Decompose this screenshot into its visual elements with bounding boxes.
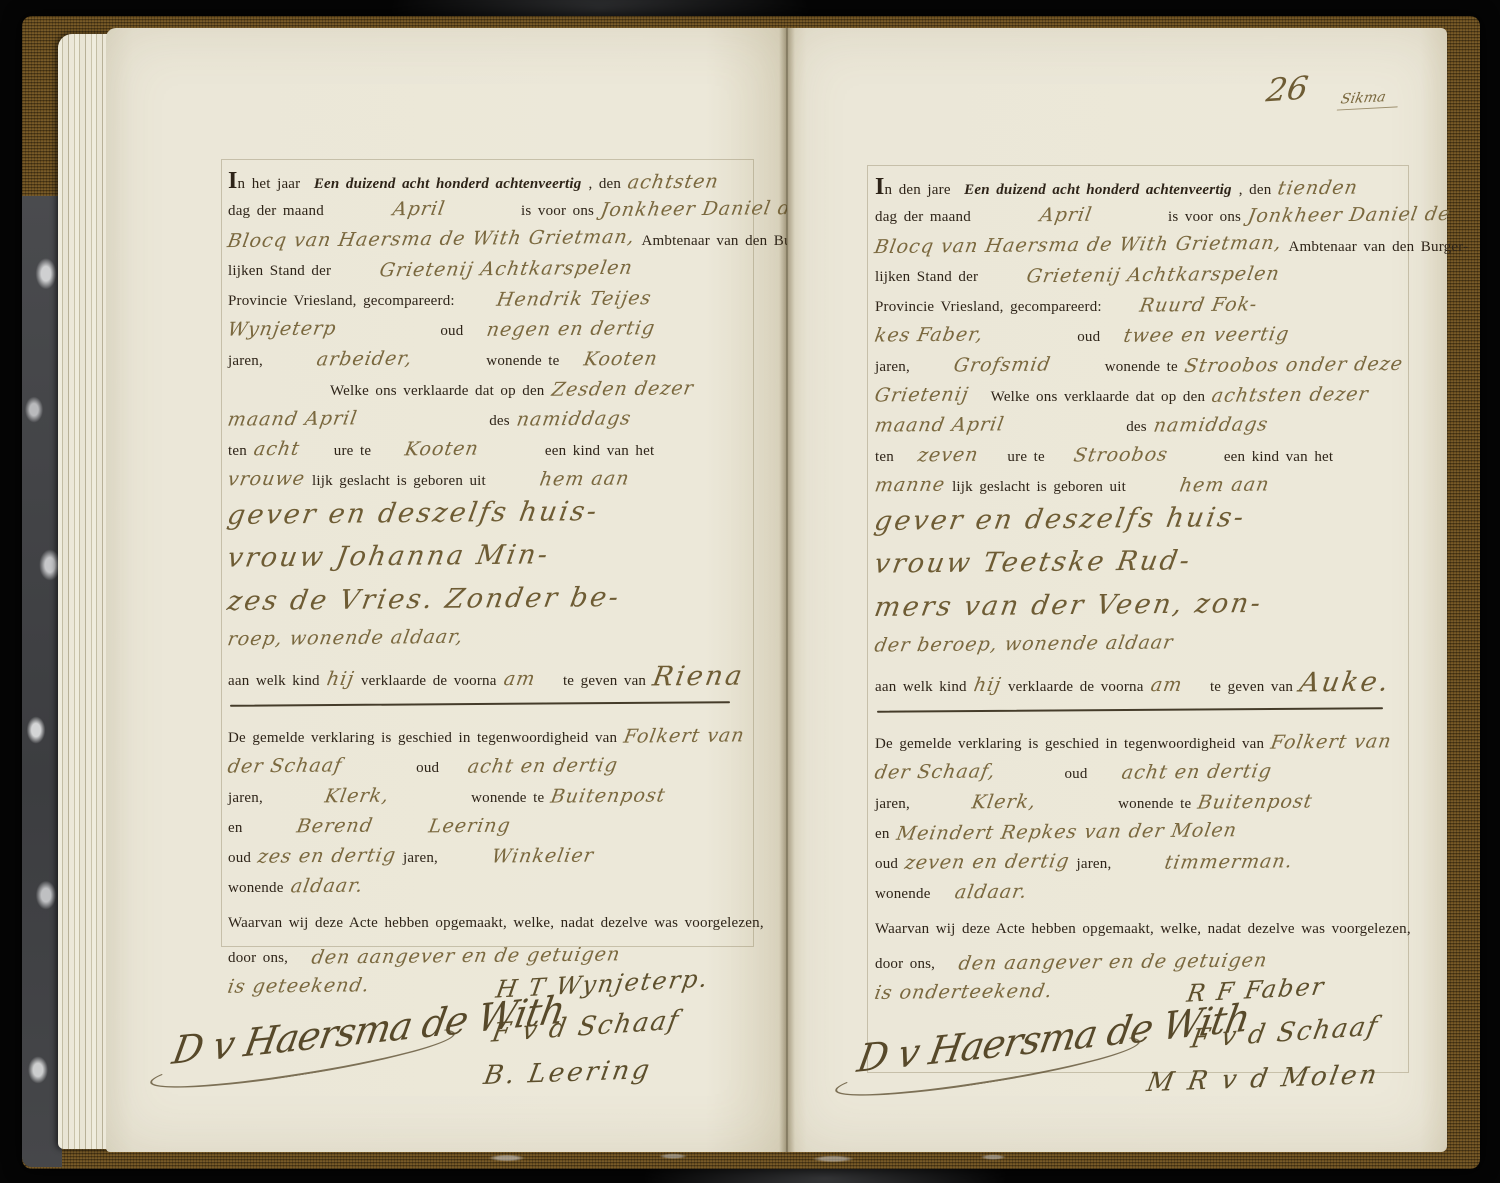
handwritten-text: der Schaaf,: [873, 760, 997, 783]
form-line: maand Aprildesnamiddags: [875, 414, 1397, 444]
printed-text: Welke ons verklaarde dat op den: [330, 383, 545, 400]
form-line: dag der maandAprilis voor onsJonkheer Da…: [228, 198, 743, 228]
handwritten-text: namiddags: [515, 407, 633, 430]
handwritten-text: gever en deszelfs huis-: [872, 502, 1248, 537]
handwritten-text: am: [502, 668, 537, 690]
printed-text: oud: [875, 856, 898, 873]
marbled-cover-edge: [22, 196, 62, 1167]
separator-rule: [877, 707, 1383, 713]
handwritten-text: Jonkheer Daniel de: [1246, 203, 1452, 227]
printed-text: een kind van het: [545, 443, 654, 460]
handwritten-text: Riena: [650, 661, 746, 693]
form-line: gever en deszelfs huis-: [875, 504, 1397, 547]
printed-text: jaren,: [1077, 856, 1112, 873]
handwritten-text: April: [1038, 204, 1094, 227]
form-line: vrouw Johanna Min-: [228, 541, 743, 584]
handwritten-text: Buitenpost: [1196, 790, 1314, 813]
handwritten-text: hij: [972, 674, 1003, 696]
handwritten-text: Hendrik Teijes: [495, 287, 653, 311]
handwritten-text: is geteekend.: [226, 974, 371, 997]
printed-text: te geven van: [1210, 679, 1293, 696]
printed-text: ten: [228, 443, 247, 460]
handwritten-text: Klerk,: [323, 785, 391, 808]
handwritten-text: Kooten: [582, 348, 659, 371]
page-stack-edges: [58, 34, 110, 1149]
form-line: Waarvan wij deze Acte hebben opgemaakt, …: [875, 921, 1397, 951]
printed-text: oud: [440, 323, 463, 340]
printed-text: door ons,: [228, 950, 288, 967]
handwritten-text: Leering: [427, 815, 512, 838]
handwritten-text: Klerk,: [970, 791, 1038, 814]
handwritten-text: aldaar.: [953, 881, 1029, 904]
handwritten-text: zeven: [916, 444, 980, 467]
handwritten-text: Auke.: [1297, 667, 1393, 699]
signature-witness-2: B. Leering: [481, 1055, 654, 1091]
handwritten-text: negen en dertig: [485, 317, 657, 341]
printed-text: Waarvan wij deze Acte hebben opgemaakt, …: [228, 915, 764, 932]
printed-text: door ons,: [875, 956, 935, 973]
printed-text: wonende te: [471, 790, 544, 807]
handwritten-text: Grietenij: [873, 384, 970, 407]
handwritten-text: Zesden dezer: [550, 377, 696, 400]
handwritten-text: der Schaaf: [226, 754, 344, 777]
form-line: Provincie Vriesland, gecompareerd:Hendri…: [228, 288, 743, 318]
form-line: lijken Stand derGrietenij Achtkarspelen: [875, 264, 1397, 294]
form-line: Provincie Vriesland, gecompareerd:Ruurd …: [875, 294, 1397, 324]
printed-text: is voor ons: [1168, 209, 1241, 226]
handwritten-text: zeven en dertig: [903, 850, 1071, 874]
handwritten-text: maand April: [226, 407, 359, 430]
form-line: Blocq van Haersma de With Grietman,Ambte…: [228, 228, 743, 258]
form-line: Blocq van Haersma de With Grietman,Ambte…: [875, 234, 1397, 264]
handwritten-text: vrouw Johanna Min-: [225, 539, 552, 573]
handwritten-text: maand April: [873, 413, 1006, 436]
form-line: der beroep, wonende aldaar: [875, 633, 1397, 667]
printed-text: lijk geslacht is geboren uit: [952, 479, 1126, 496]
handwritten-text: hij: [325, 668, 356, 690]
handwritten-text: Jonkheer Daniel de: [599, 197, 805, 221]
form-line: tenachture teKooteneen kind van het: [228, 438, 743, 468]
handwritten-text: April: [391, 198, 447, 221]
page-number: 26: [1264, 69, 1311, 110]
handwritten-text: achtsten dezer: [1210, 383, 1370, 407]
form-line: oudzeven en dertigjaren,timmerman.: [875, 851, 1397, 881]
handwritten-text: vrouwe: [226, 468, 307, 491]
printed-text: aan welk kind: [228, 673, 320, 690]
printed-text: ure te: [1007, 449, 1044, 466]
form-line: der Schaaf,oudacht en dertig: [875, 761, 1397, 791]
form-line: aan welk kindhijverklaarde de voornaamte…: [228, 661, 743, 695]
handwritten-text: Blocq van Haersma de With Grietman,: [873, 232, 1284, 258]
form-line: GrietenijWelke ons verklaarde dat op den…: [875, 384, 1397, 414]
separator-rule: [230, 701, 730, 706]
printed-text: des: [489, 413, 510, 430]
handwritten-text: twee en veertig: [1122, 323, 1291, 347]
printed-text: Een duizend acht honderd achtenveertig: [314, 176, 582, 193]
form-line: jaren,arbeider,wonende teKooten: [228, 348, 743, 378]
handwritten-text: Stroobos: [1072, 444, 1170, 467]
printed-text: wonende: [875, 886, 931, 903]
printed-text: en: [875, 826, 890, 843]
printed-text: oud: [1077, 329, 1100, 346]
form-line: enBerendLeering: [228, 815, 743, 845]
book-gutter: [779, 28, 795, 1152]
printed-text: , den: [1239, 182, 1272, 199]
form-line: mers van der Veen, zon-: [875, 590, 1397, 633]
printed-text: ten: [875, 449, 894, 466]
handwritten-text: acht: [252, 438, 302, 460]
printed-text: aan welk kind: [875, 679, 967, 696]
printed-text: Welke ons verklaarde dat op den: [991, 389, 1206, 406]
handwritten-text: vrouw Teetske Rud-: [872, 545, 1194, 579]
birth-act-right: In den jare Een duizend acht honderd ach…: [875, 174, 1397, 1011]
handwritten-text: Meindert Repkes van der Molen: [894, 819, 1238, 845]
printed-text: te geven van: [563, 673, 646, 690]
handwritten-text: aldaar.: [289, 875, 365, 898]
printed-text: Een duizend acht honderd achtenveertig: [964, 182, 1232, 199]
handwritten-text: kes Faber,: [873, 323, 985, 346]
printed-text: verklaarde de voorna: [361, 673, 497, 690]
handwritten-text: manne: [873, 474, 947, 497]
handwritten-text: am: [1149, 674, 1184, 696]
handwritten-text: zes de Vries. Zonder be-: [225, 582, 623, 617]
printed-text: ure te: [334, 443, 371, 460]
handwritten-text: mers van der Veen, zon-: [872, 588, 1265, 623]
form-line: In den jare Een duizend acht honderd ach…: [875, 174, 1397, 204]
form-line: gever en deszelfs huis-: [228, 498, 743, 541]
form-line: wonendealdaar.: [228, 875, 743, 905]
printed-text: wonende te: [1118, 796, 1191, 813]
printed-text: , den: [588, 176, 621, 193]
form-line: Welke ons verklaarde dat op denZesden de…: [228, 378, 743, 408]
form-line: kes Faber,oudtwee en veertig: [875, 324, 1397, 354]
handwritten-text: tienden: [1277, 177, 1361, 200]
printed-text: In den jare: [875, 174, 957, 201]
printed-text: jaren,: [228, 353, 263, 370]
printed-text: Provincie Vriesland, gecompareerd:: [228, 293, 455, 310]
form-line: De gemelde verklaring is geschied in teg…: [875, 731, 1397, 761]
handwritten-text: Ruurd Fok-: [1138, 293, 1259, 316]
printed-text: lijken Stand der: [875, 269, 978, 286]
handwritten-text: Wynjeterp: [226, 317, 338, 340]
form-line: vrouwelijk geslacht is geboren uithem aa…: [228, 468, 743, 498]
printed-text: wonende: [228, 880, 284, 897]
handwritten-text: Stroobos onder deze: [1183, 353, 1405, 377]
form-line: jaren,Klerk,wonende teBuitenpost: [875, 791, 1397, 821]
handwritten-text: namiddags: [1152, 413, 1270, 436]
printed-text: De gemelde verklaring is geschied in teg…: [228, 730, 617, 747]
handwritten-text: achtsten: [626, 171, 721, 194]
page-annotation: Sikma: [1337, 88, 1402, 110]
handwritten-text: Winkelier: [490, 844, 596, 867]
printed-text: dag der maand: [875, 209, 971, 226]
printed-text: dag der maand: [228, 203, 324, 220]
registry-book-photo: In het jaar Een duizend acht honderd ach…: [0, 0, 1500, 1183]
form-line: wonendealdaar.: [875, 881, 1397, 911]
form-line: mannelijk geslacht is geboren uithem aan: [875, 474, 1397, 504]
printed-text: Provincie Vriesland, gecompareerd:: [875, 299, 1102, 316]
handwritten-text: Buitenpost: [549, 784, 667, 807]
handwritten-text: den aangever en de getuigen: [957, 949, 1269, 974]
printed-text: jaren,: [875, 796, 910, 813]
form-line: Waarvan wij deze Acte hebben opgemaakt, …: [228, 915, 743, 945]
handwritten-text: Grofsmid: [952, 353, 1053, 376]
handwritten-text: timmerman.: [1164, 850, 1296, 873]
handwritten-text: acht en dertig: [466, 754, 620, 778]
form-line: zes de Vries. Zonder be-: [228, 584, 743, 627]
printed-text: lijk geslacht is geboren uit: [312, 473, 486, 490]
handwritten-text: acht en dertig: [1120, 760, 1274, 784]
handwritten-text: hem aan: [538, 468, 631, 491]
form-line: vrouw Teetske Rud-: [875, 547, 1397, 590]
form-line: jaren,Klerk,wonende teBuitenpost: [228, 785, 743, 815]
printed-text: oud: [1064, 766, 1087, 783]
printed-text: De gemelde verklaring is geschied in teg…: [875, 736, 1264, 753]
form-line: dag der maandAprilis voor onsJonkheer Da…: [875, 204, 1397, 234]
printed-text: Waarvan wij deze Acte hebben opgemaakt, …: [875, 921, 1411, 938]
handwritten-text: Folkert van: [1269, 730, 1393, 753]
printed-text: jaren,: [875, 359, 910, 376]
left-page: In het jaar Een duizend acht honderd ach…: [106, 28, 787, 1152]
handwritten-text: Blocq van Haersma de With Grietman,: [226, 226, 637, 252]
form-line: der Schaafoudacht en dertig: [228, 755, 743, 785]
printed-text: In het jaar: [228, 168, 307, 195]
form-line: De gemelde verklaring is geschied in teg…: [228, 725, 743, 755]
form-line: In het jaar Een duizend acht honderd ach…: [228, 168, 743, 198]
printed-text: lijken Stand der: [228, 263, 331, 280]
handwritten-text: zes en dertig: [256, 844, 398, 867]
handwritten-text: gever en deszelfs huis-: [225, 496, 601, 531]
printed-text: wonende te: [1105, 359, 1178, 376]
form-line: jaren,Grofsmidwonende teStroobos onder d…: [875, 354, 1397, 384]
printed-text: en: [228, 820, 243, 837]
printed-text: een kind van het: [1224, 449, 1333, 466]
form-line: aan welk kindhijverklaarde de voornaamte…: [875, 667, 1397, 701]
handwritten-text: roep, wonende aldaar,: [226, 626, 465, 650]
form-line: tenzevenure teStrooboseen kind van het: [875, 444, 1397, 474]
printed-text: Ambtenaar van den Burger-: [1288, 239, 1468, 256]
printed-text: jaren,: [403, 850, 438, 867]
handwritten-text: Berend: [295, 815, 375, 838]
handwritten-text: den aangever en de getuigen: [310, 943, 622, 968]
form-line: maand Aprildesnamiddags: [228, 408, 743, 438]
printed-text: des: [1126, 419, 1147, 436]
printed-text: wonende te: [486, 353, 559, 370]
printed-text: oud: [228, 850, 251, 867]
handwritten-text: arbeider,: [315, 348, 414, 371]
right-page: 26 Sikma In den jare Een duizend acht ho…: [787, 28, 1447, 1152]
form-line: roep, wonende aldaar,: [228, 627, 743, 661]
form-line: oudzes en dertigjaren,Winkelier: [228, 845, 743, 875]
signature-witness-2: M R v d Molen: [1144, 1060, 1381, 1098]
handwritten-text: der beroep, wonende aldaar: [873, 631, 1175, 656]
printed-text: verklaarde de voorna: [1008, 679, 1144, 696]
handwritten-text: Folkert van: [622, 724, 746, 747]
printed-text: is voor ons: [521, 203, 594, 220]
handwritten-text: Grietenij Achtkarspelen: [1025, 263, 1282, 288]
handwritten-text: hem aan: [1178, 474, 1271, 497]
form-line: Wynjeterpoudnegen en dertig: [228, 318, 743, 348]
form-line: enMeindert Repkes van der Molen: [875, 821, 1397, 851]
handwritten-text: is onderteekend.: [873, 980, 1054, 1004]
handwritten-text: Grietenij Achtkarspelen: [378, 257, 635, 282]
printed-text: jaren,: [228, 790, 263, 807]
birth-act-left: In het jaar Een duizend acht honderd ach…: [228, 168, 743, 1005]
printed-text: oud: [416, 760, 439, 777]
handwritten-text: Kooten: [403, 438, 480, 461]
form-line: lijken Stand derGrietenij Achtkarspelen: [228, 258, 743, 288]
